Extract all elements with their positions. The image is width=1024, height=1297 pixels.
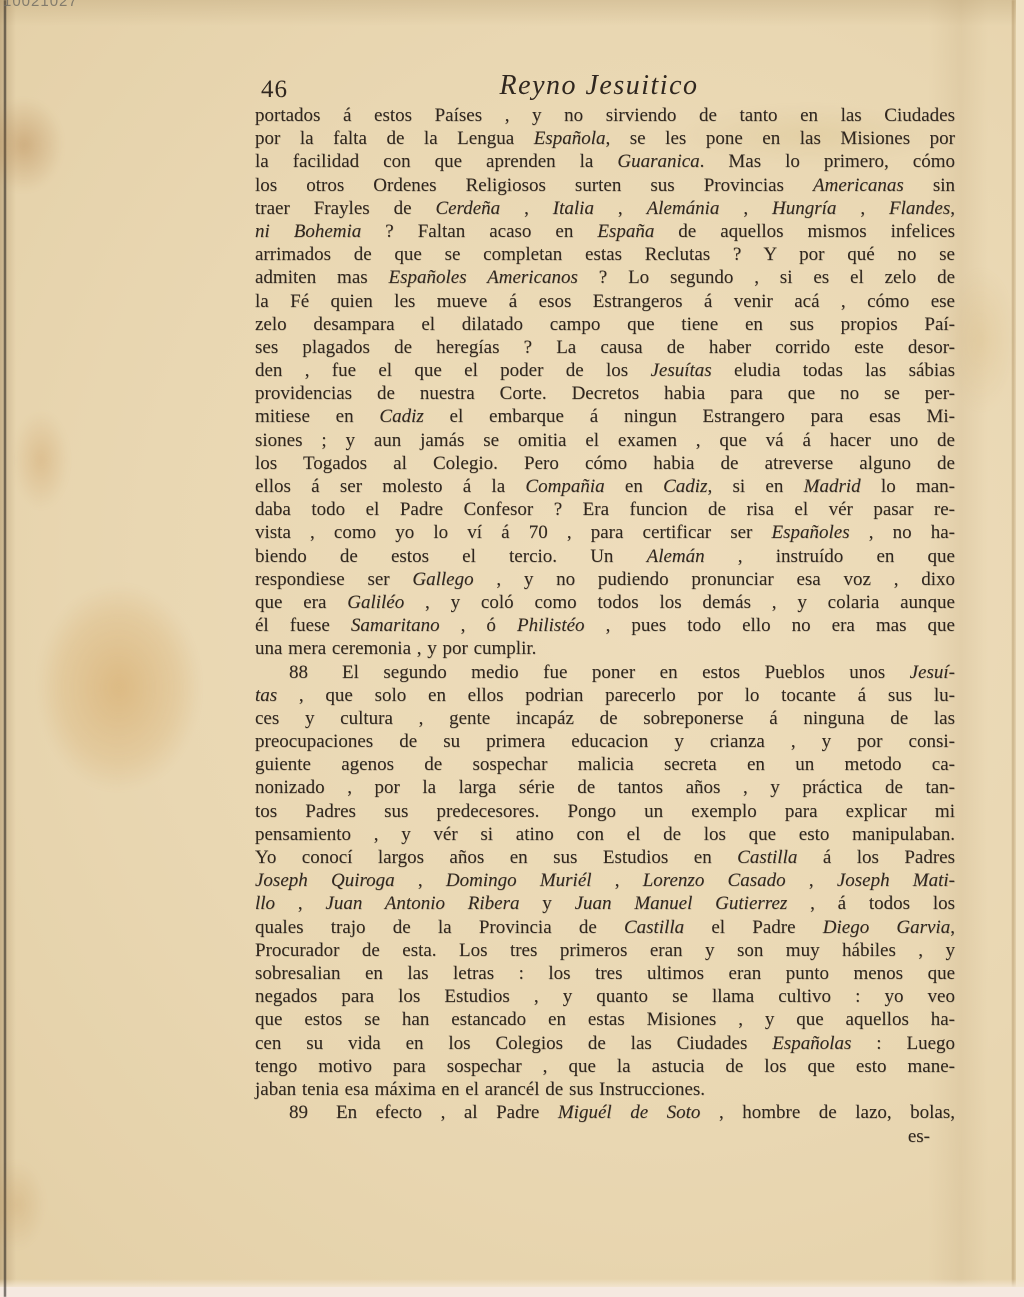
book-page-scan: 10021027 46 Reyno Jesuitico portados á e… (0, 0, 1024, 1297)
text-line: biendo de estos el tercio. Un Alemán , i… (255, 545, 955, 568)
text-line: ni Bohemia ? Faltan acaso en España de a… (255, 220, 955, 243)
text-line: siones ; y aun jamás se omitia el examen… (255, 429, 955, 452)
text-line: llo , Juan Antonio Ribera y Juan Manuel … (255, 892, 955, 915)
scan-edge-line (4, 0, 6, 1297)
text-line: arrimados de que se completan estas Recl… (255, 243, 955, 266)
text-line: portados á estos Países , y no sirviendo… (255, 104, 955, 127)
text-line: jaban tenia esa máxima en el arancél de … (255, 1078, 955, 1101)
text-line: pensamiento , y vér si atino con el de l… (255, 823, 955, 846)
paper-top-shade (0, 0, 1024, 26)
paper-left-shade (0, 0, 16, 1297)
text-line: quales trajo de la Provincia de Castilla… (255, 916, 955, 939)
text-line: una mera ceremonia , y por cumplir. (255, 637, 955, 660)
page-header: 46 Reyno Jesuitico (255, 70, 955, 104)
text-line: él fuese Samaritano , ó Philistéo , pues… (255, 614, 955, 637)
text-line: nonizado , por la larga série de tantos … (255, 776, 955, 799)
text-line: Procurador de esta. Los tres primeros er… (255, 939, 955, 962)
text-line: los Togados al Colegio. Pero cómo habia … (255, 452, 955, 475)
text-line: ses plagados de heregías ? La causa de h… (255, 336, 955, 359)
text-line: los otros Ordenes Religiosos surten sus … (255, 174, 955, 197)
page-number: 46 (261, 76, 288, 104)
text-line: 89 En efecto , al Padre Miguél de Soto ,… (255, 1101, 955, 1124)
text-line: zelo desampara el dilatado campo que tie… (255, 313, 955, 336)
text-line: guiente agenos de sospechar malicia secr… (255, 753, 955, 776)
catchword: es- (255, 1126, 955, 1148)
text-line: que era Galiléo , y coló como todos los … (255, 591, 955, 614)
text-line: tos Padres sus predecesores. Pongo un ex… (255, 800, 955, 823)
text-line: den , fue el que el poder de los Jesuíta… (255, 359, 955, 382)
paper-stain (14, 555, 224, 820)
text-block: portados á estos Países , y no sirviendo… (255, 104, 955, 1124)
text-line: daba todo el Padre Confesor ? Era funcio… (255, 498, 955, 521)
text-line: respondiese ser Gallego , y no pudiendo … (255, 568, 955, 591)
page-bottom-fade (0, 1279, 1024, 1287)
text-line: Joseph Quiroga , Domingo Muriél , Lorenz… (255, 869, 955, 892)
text-line: que estos se han estancado en estas Misi… (255, 1008, 955, 1031)
page-bottom-edge (0, 1287, 1024, 1297)
text-line: ces y cultura , gente incapáz de sobrepo… (255, 707, 955, 730)
text-line: vista , como yo lo ví á 70 , para certif… (255, 521, 955, 544)
text-line: admiten mas Españoles Americanos ? Lo se… (255, 266, 955, 289)
text-line: Yo conocí largos años en sus Estudios en… (255, 846, 955, 869)
text-line: ellos á ser molesto á la Compañia en Cad… (255, 475, 955, 498)
text-line: traer Frayles de Cerdeña , Italia , Alem… (255, 197, 955, 220)
text-line: providencias de nuestra Corte. Decretos … (255, 382, 955, 405)
text-line: la Fé quien les mueve á esos Estrangeros… (255, 290, 955, 313)
text-line: tengo motivo para sospechar , que la ast… (255, 1055, 955, 1078)
text-line: negados para los Estudios , y quanto se … (255, 985, 955, 1008)
text-line: tas , que solo en ellos podrian parecerl… (255, 684, 955, 707)
text-line: por la falta de la Lengua Española, se l… (255, 127, 955, 150)
text-line: sobresalian en las letras : los tres ult… (255, 962, 955, 985)
text-line: la facilidad con que aprenden la Guarani… (255, 150, 955, 173)
text-line: mitiese en Cadiz el embarque á ningun Es… (255, 405, 955, 428)
page-right-edge (1016, 0, 1024, 1297)
text-line: 88 El segundo medio fue poner en estos P… (255, 661, 955, 684)
running-title: Reyno Jesuitico (500, 70, 699, 102)
text-line: cen su vida en los Colegios de las Ciuda… (255, 1032, 955, 1055)
corner-inventory-mark: 10021027 (3, 0, 78, 10)
text-line: preocupaciones de su primera educacion y… (255, 730, 955, 753)
